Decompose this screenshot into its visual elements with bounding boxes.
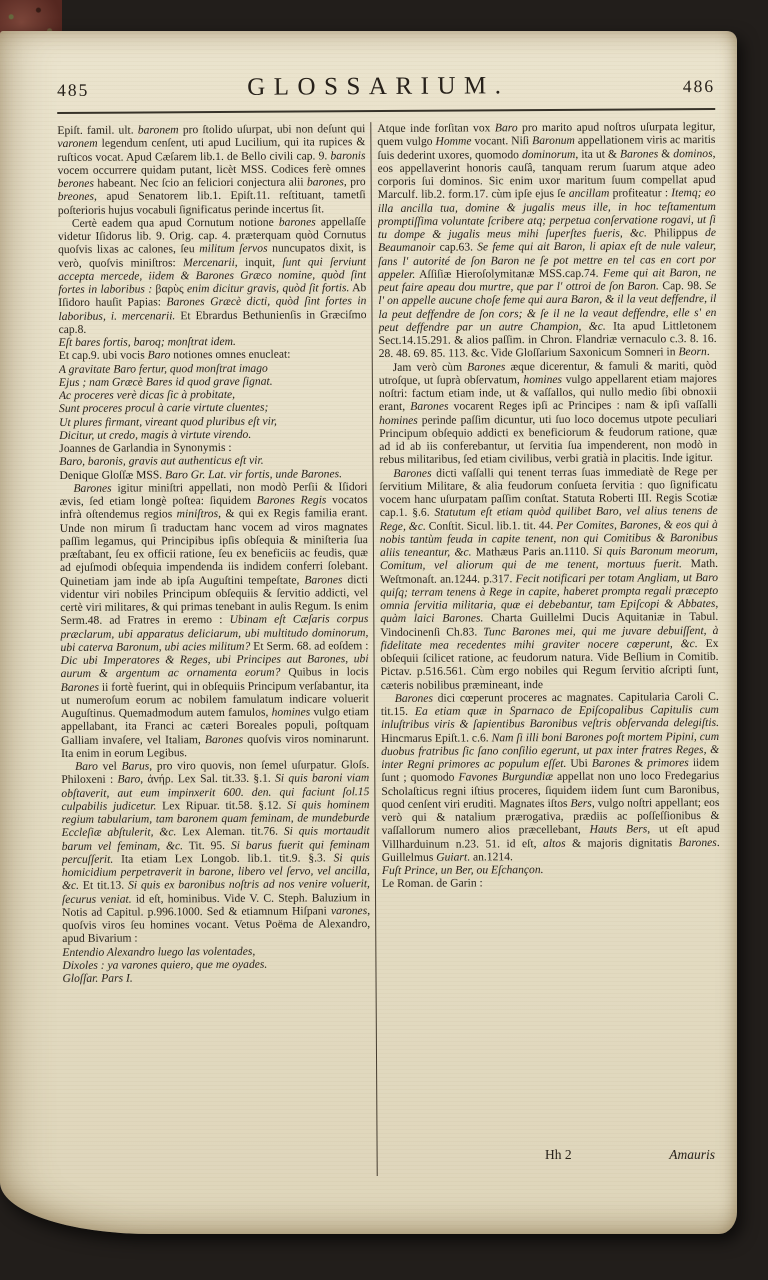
paragraph: Jam verò cùm Barones æque dicerentur, & … xyxy=(379,358,718,466)
verse-paragraph: A gravitate Baro fertur, quod monſtrat i… xyxy=(59,361,367,442)
text-columns: Epiſt. famil. ult. baronem pro ſtolido u… xyxy=(57,120,721,1178)
header-rule xyxy=(57,108,715,114)
paragraph: Epiſt. famil. ult. baronem pro ſtolido u… xyxy=(57,122,366,217)
catchword: Amauris xyxy=(669,1147,715,1163)
left-page-number: 485 xyxy=(57,80,89,101)
paragraph: Barones dici cœperunt proceres ac magnat… xyxy=(381,690,720,864)
scan-background: { "colors": { "scan_background": "#221e1… xyxy=(0,0,768,1280)
paragraph: Baro vel Barus, pro viro quovis, non ſem… xyxy=(61,758,370,945)
right-column: Atque inde forſitan vox Baro pro marito … xyxy=(377,120,721,1176)
column-divider xyxy=(370,122,377,1176)
page-title: GLOSSARIUM. xyxy=(239,72,510,102)
book-page: 485 GLOSSARIUM. 486 Epiſt. famil. ult. b… xyxy=(0,31,737,1234)
paragraph: Le Roman. de Garin : xyxy=(382,875,720,890)
verse-paragraph: Entendio Alexandro luego las volentades,… xyxy=(62,944,370,972)
paragraph: Barones igitur miniſtri appellati, non m… xyxy=(59,480,369,760)
quire-signature: Hh 2 xyxy=(545,1147,572,1163)
left-column: Epiſt. famil. ult. baronem pro ſtolido u… xyxy=(57,122,371,1178)
page-header: 485 GLOSSARIUM. 486 xyxy=(57,71,715,107)
page-content: 485 GLOSSARIUM. 486 Epiſt. famil. ult. b… xyxy=(57,71,722,1178)
paragraph: Gloſſar. Pars I. xyxy=(62,970,370,985)
paragraph: Barones dicti vaſſalli qui tenent terras… xyxy=(379,464,718,691)
paragraph: Certè eadem qua apud Cornutum notione ba… xyxy=(58,215,367,336)
paragraph: Atque inde forſitan vox Baro pro marito … xyxy=(377,120,716,361)
page-footer: Hh 2 Amauris xyxy=(377,1147,715,1163)
right-page-number: 486 xyxy=(683,76,715,97)
